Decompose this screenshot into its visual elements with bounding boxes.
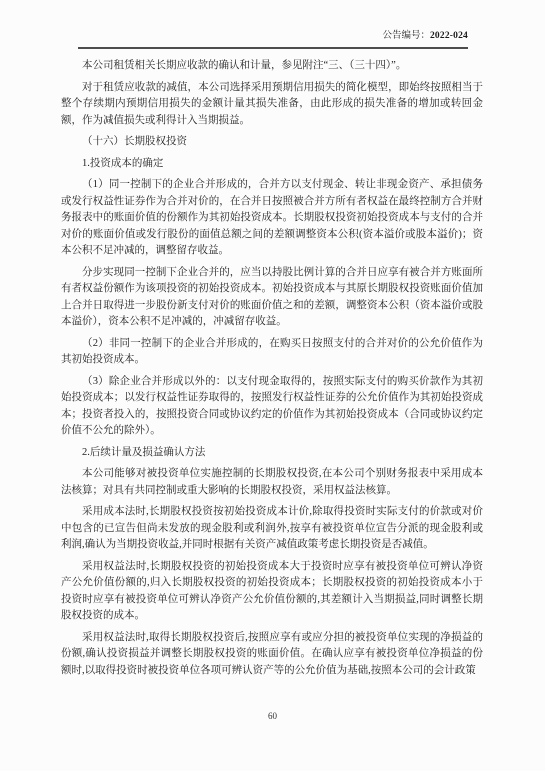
paragraph-lease-impairment: 对于租赁应收款的减值，本公司选择采用预期信用损失的简化模型，即始终按照相当于整个… (61, 80, 483, 130)
paragraph-cost-vs-equity-method: 本公司能够对被投资单位实施控制的长期股权投资,在本公司个别财务报表中采用成本法核… (61, 466, 483, 499)
paragraph-non-same-control: （2）非同一控制下的企业合并形成的，在购买日按照支付的合并对价的公允价值作为其初… (61, 336, 483, 369)
document-body: 本公司租赁相关长期应收款的确认和计量，参见附注“三、（三十四）”。 对于租赁应收… (61, 58, 483, 679)
section-heading-16: （十六）长期股权投资 (61, 134, 483, 151)
paragraph-step-merger: 分步实现同一控制下企业合并的，应当以持股比例计算的合并日应享有被合并方账面所有者… (61, 265, 483, 331)
subsection-heading-2: 2.后续计量及损益确认方法 (61, 445, 483, 462)
announcement-number-value: 2022-024 (430, 31, 468, 41)
paragraph-non-merger-acquisition: （3）除企业合并形成以外的：以支付现金取得的，按照实际支付的购买价款作为其初始投… (61, 374, 483, 440)
paragraph-lease-receivables: 本公司租赁相关长期应收款的确认和计量，参见附注“三、（三十四）”。 (61, 58, 483, 75)
paragraph-cost-method: 采用成本法时,长期股权投资按初始投资成本计价,除取得投资时实际支付的价款或对价中… (61, 504, 483, 554)
paragraph-same-control-merger: （1）同一控制下的企业合并形成的，合并方以支付现金、转让非现金资产、承担债务或发… (61, 177, 483, 260)
paragraph-equity-method-gains: 采用权益法时,取得长期股权投资后,按照应享有或应分担的被投资单位实现的净损益的份… (61, 630, 483, 680)
page-footer: 60 (0, 711, 545, 721)
document-page: 公告编号：2022-024 本公司租赁相关长期应收款的确认和计量，参见附注“三、… (0, 0, 545, 771)
subsection-heading-1: 1.投资成本的确定 (61, 156, 483, 173)
announcement-number-label: 公告编号： (382, 31, 430, 41)
page-header: 公告编号：2022-024 (78, 30, 468, 49)
paragraph-equity-method-initial: 采用权益法时,长期股权投资的初始投资成本大于投资时应享有被投资单位可辨认净资产公… (61, 559, 483, 625)
page-number: 60 (268, 711, 277, 721)
